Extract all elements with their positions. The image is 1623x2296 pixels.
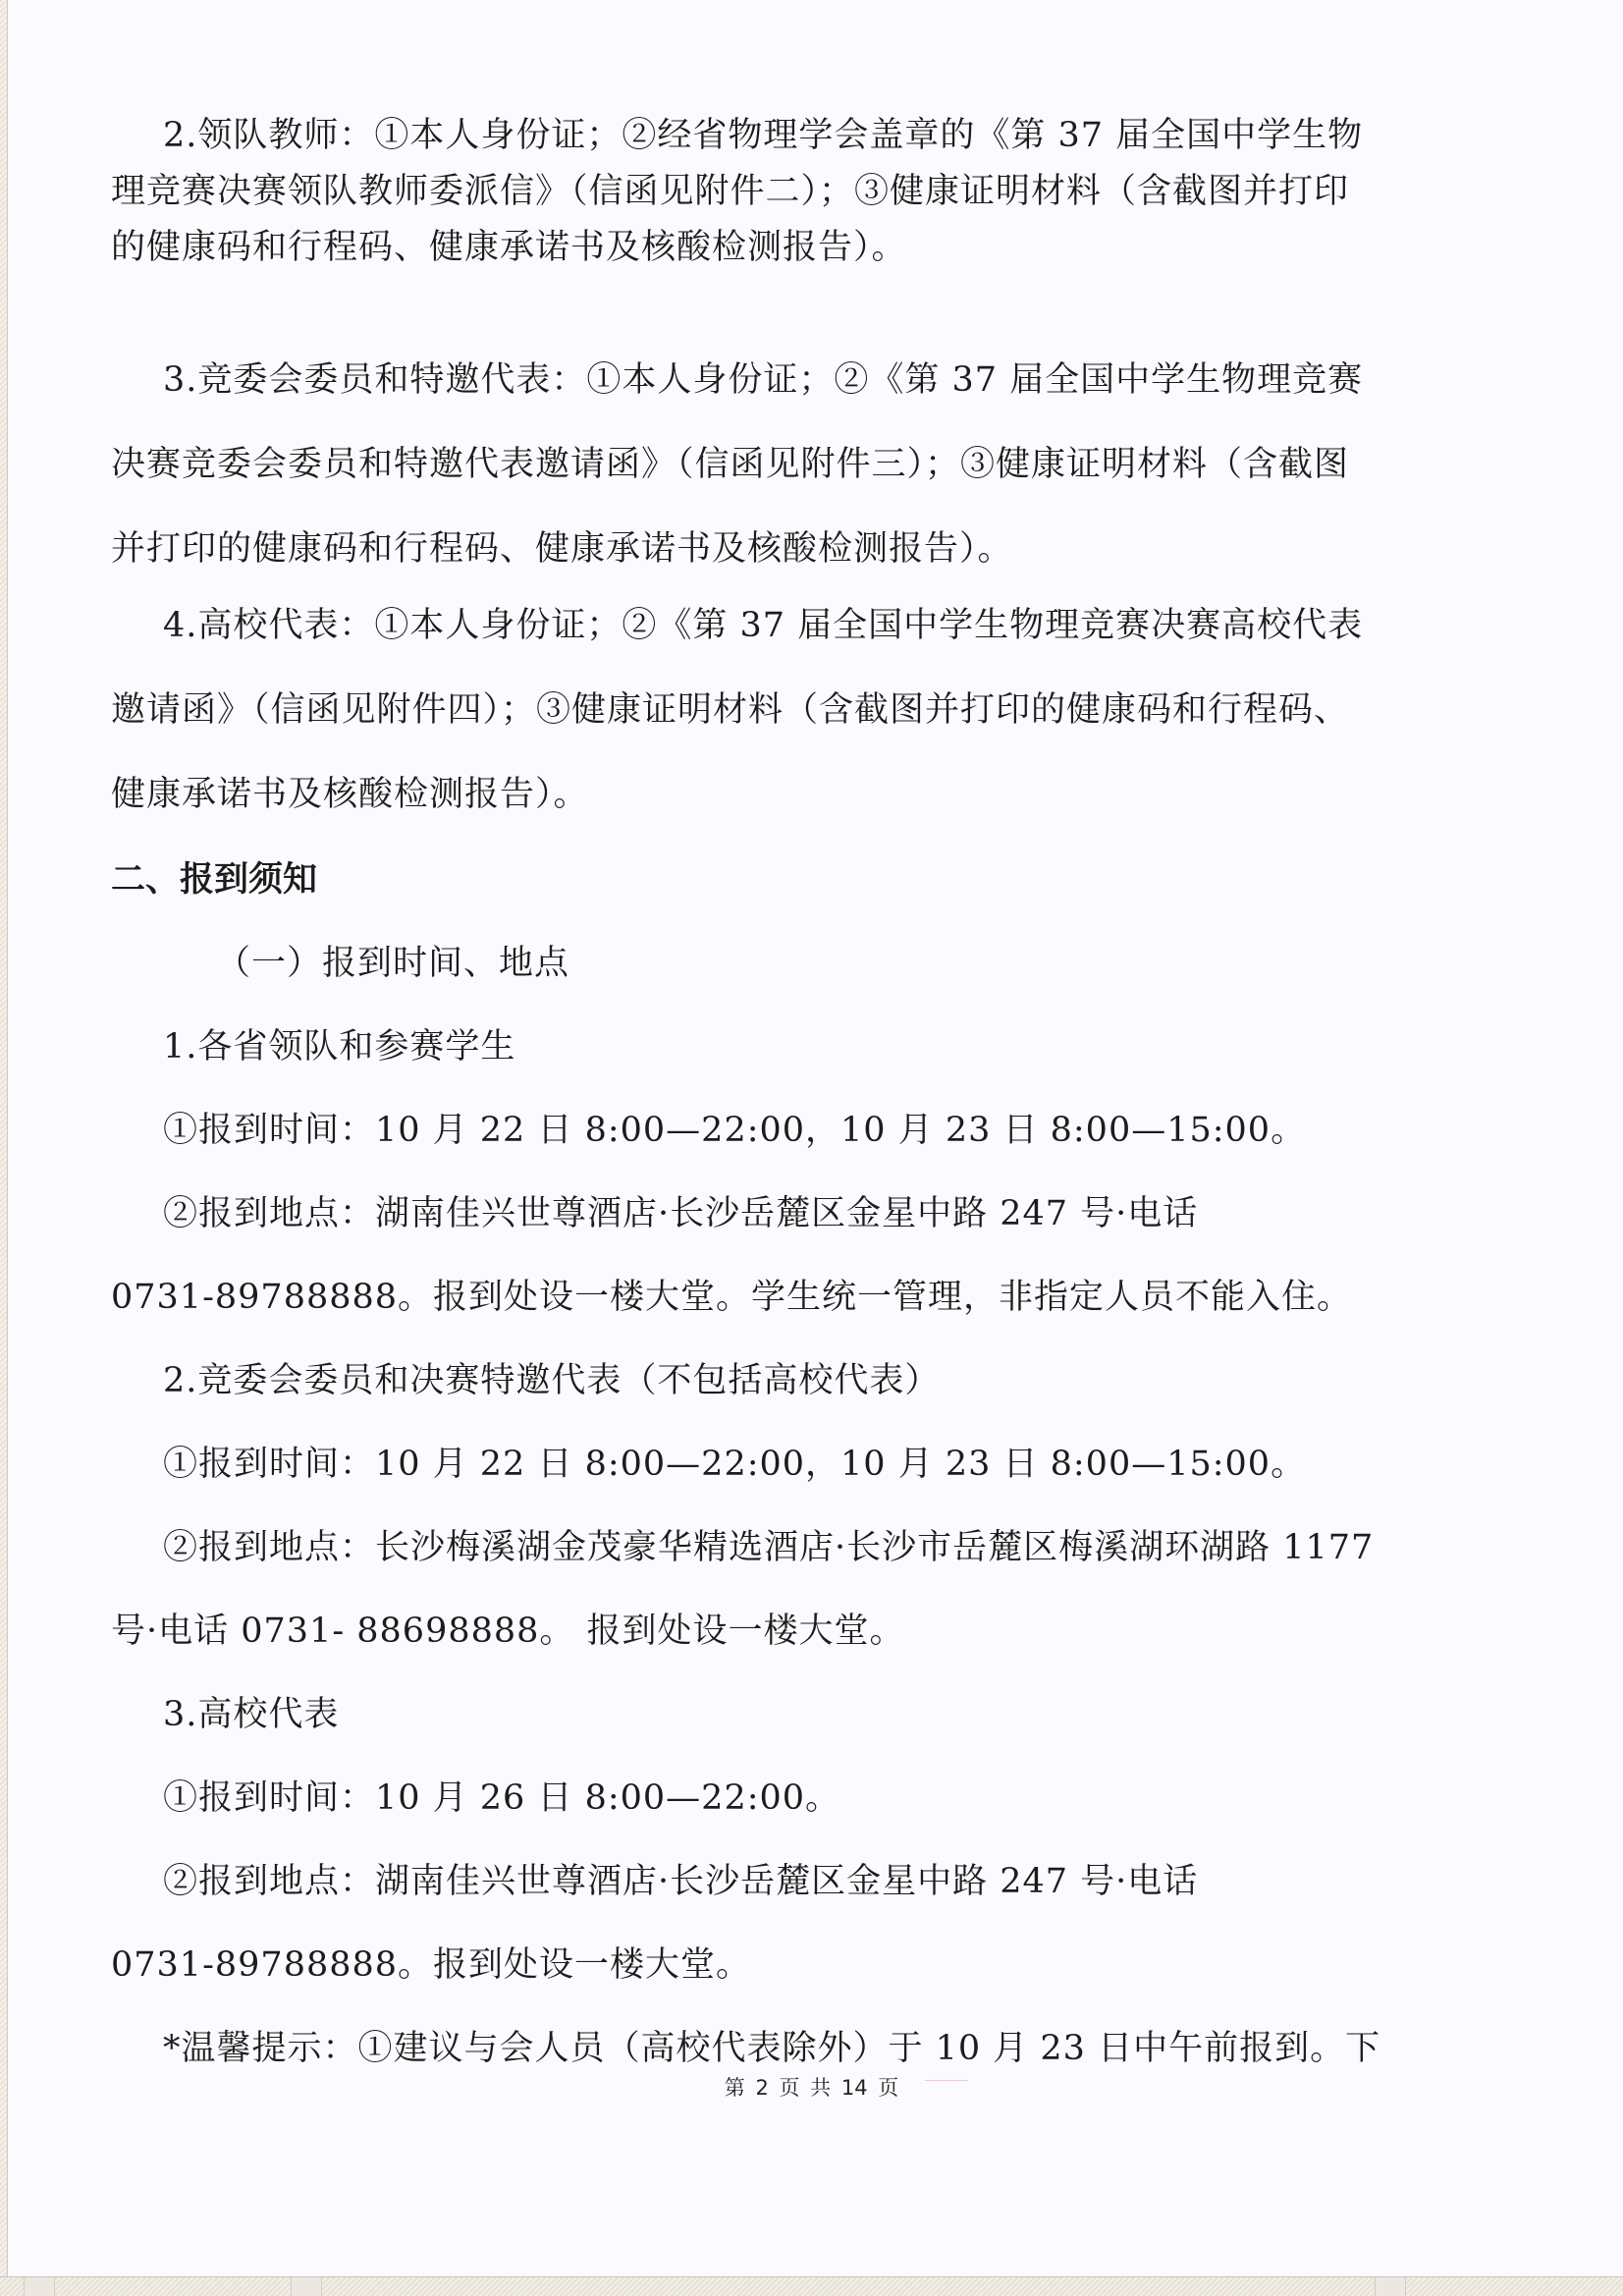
paragraph-line: 理竞赛决赛领队教师委派信》（信函见附件二）；③健康证明材料（含截图并打印	[111, 172, 1349, 211]
paragraph-line: 的健康码和行程码、健康承诺书及核酸检测报告）。	[111, 228, 907, 267]
registration-place: ②报到地点：湖南佳兴世尊酒店·长沙岳麓区金星中路 247 号·电话	[163, 1194, 1198, 1233]
paragraph-line: 健康承诺书及核酸检测报告）。	[111, 775, 589, 814]
group-title: 3.高校代表	[163, 1695, 339, 1734]
paragraph-line: 并打印的健康码和行程码、健康承诺书及核酸检测报告）。	[111, 529, 1013, 569]
group-title: 2.竞委会委员和决赛特邀代表（不包括高校代表）	[163, 1361, 940, 1400]
scanner-edge-tab	[1375, 2277, 1406, 2296]
paragraph-line: 3.竞委会委员和特邀代表：①本人身份证；②《第 37 届全国中学生物理竞赛	[163, 360, 1363, 400]
registration-place-cont: 0731-89788888。报到处设一楼大堂。	[111, 1945, 751, 1985]
scan-mark	[925, 2080, 968, 2081]
group-title: 1.各省领队和参赛学生	[163, 1027, 515, 1066]
section-heading: 二、报到须知	[111, 860, 317, 900]
registration-place-cont: 0731-89788888。报到处设一楼大堂。学生统一管理，非指定人员不能入住。	[111, 1278, 1352, 1317]
paragraph-line: 2.领队教师：①本人身份证；②经省物理学会盖章的《第 37 届全国中学生物	[163, 116, 1363, 155]
warm-tip: *温馨提示：①建议与会人员（高校代表除外）于 10 月 23 日中午前报到。下	[163, 2029, 1380, 2068]
paragraph-line: 4.高校代表：①本人身份证；②《第 37 届全国中学生物理竞赛决赛高校代表	[163, 606, 1363, 645]
scanner-edge-left	[0, 0, 8, 2296]
scanner-edge-bottom	[0, 2276, 1623, 2296]
registration-time: ①报到时间：10 月 22 日 8:00—22:00，10 月 23 日 8:0…	[163, 1111, 1306, 1150]
registration-place: ②报到地点：湖南佳兴世尊酒店·长沙岳麓区金星中路 247 号·电话	[163, 1862, 1198, 1901]
registration-time: ①报到时间：10 月 26 日 8:00—22:00。	[163, 1778, 840, 1818]
registration-time: ①报到时间：10 月 22 日 8:00—22:00，10 月 23 日 8:0…	[163, 1445, 1306, 1484]
subsection-heading: （一）报到时间、地点	[216, 944, 569, 983]
page-number-footer: 第 2 页 共 14 页	[0, 2074, 1623, 2102]
document-page: 2.领队教师：①本人身份证；②经省物理学会盖章的《第 37 届全国中学生物 理竞…	[0, 0, 1623, 2276]
paragraph-line: 邀请函》（信函见附件四）；③健康证明材料（含截图并打印的健康码和行程码、	[111, 690, 1349, 730]
registration-place-cont: 号·电话 0731- 88698888。 报到处设一楼大堂。	[111, 1612, 905, 1651]
registration-place: ②报到地点：长沙梅溪湖金茂豪华精选酒店·长沙市岳麓区梅溪湖环湖路 1177	[163, 1528, 1374, 1567]
scanner-edge-tab	[24, 2277, 55, 2296]
paragraph-line: 决赛竞委会委员和特邀代表邀请函》（信函见附件三）；③健康证明材料（含截图	[111, 445, 1349, 484]
scanner-edge-tab	[291, 2277, 322, 2296]
